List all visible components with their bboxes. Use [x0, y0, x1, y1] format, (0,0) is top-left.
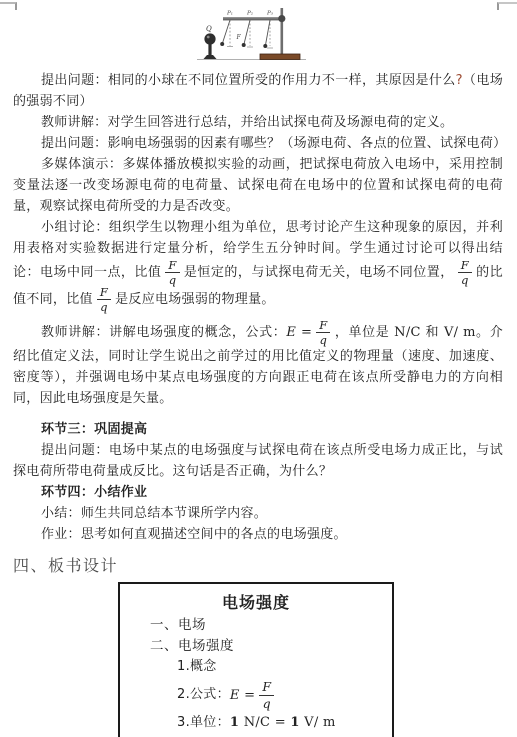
- fraction-F-over-q: Fq: [259, 680, 274, 709]
- lesson-plan-body: 提出问题：相同的小球在不同位置所受的作用力不一样，其原因是什么?（电场的强弱不同…: [13, 70, 503, 737]
- p1-text: 提出问题：相同的小球在不同位置所受的作用力不一样，其原因是什么: [41, 73, 456, 88]
- board-item-2: 二、电场强度: [150, 636, 392, 657]
- fraction-denominator: q: [165, 273, 179, 286]
- board-item-1: 一、电场: [150, 615, 392, 636]
- p5-seg2: 是恒定的，与试探电荷无关，电场不同位置，: [184, 265, 454, 280]
- board-sub-unit: 3.单位：1 N/C = 1 V/ m: [177, 713, 392, 733]
- ball-stand-stem: [208, 44, 211, 55]
- p6-seg2: ，单位是: [334, 325, 394, 340]
- pendulum-1-ball: [220, 42, 224, 46]
- pendulum-2-label: P₂: [246, 11, 253, 17]
- pendulum-1-label: P₁: [226, 11, 233, 17]
- pendulum-3-ball: [263, 44, 267, 48]
- pendulum-experiment-illustration: Q P₁ F P₂ P₃: [194, 3, 312, 63]
- p6-seg1: 教师讲解：讲解电场强度的概念，公式：: [41, 325, 286, 340]
- fraction-denominator: q: [97, 300, 111, 313]
- paragraph-summary: 小结：师生共同总结本节课所学内容。: [13, 503, 503, 524]
- board-formula-label: 2.公式：: [177, 688, 230, 703]
- formula-E: E: [286, 325, 296, 340]
- ball-highlight: [207, 36, 210, 39]
- document-page: Q P₁ F P₂ P₃ 提出问题：相: [0, 0, 517, 737]
- pendulum-3-string: [266, 20, 271, 45]
- source-charge-label: Q: [206, 25, 212, 33]
- fraction-numerator: F: [259, 680, 274, 695]
- board-sub-formula: 2.公式：E =Fq: [177, 680, 392, 709]
- p6-seg3: 和: [421, 325, 444, 340]
- pendulum-3-label: P₃: [266, 11, 273, 17]
- fraction-numerator: F: [97, 286, 111, 300]
- fraction-numerator: F: [316, 319, 330, 333]
- paragraph-question-2: 提出问题：影响电场强弱的因素有哪些？（场源电荷、各点的位置、试探电荷）: [13, 133, 503, 154]
- fraction-F-over-q: Fq: [97, 286, 111, 313]
- blackboard-design-box: 电场强度 一、电场 二、电场强度 1.概念 2.公式：E =Fq 3.单位：1 …: [118, 582, 394, 737]
- fraction-F-over-q: Fq: [165, 259, 179, 286]
- pendulum-2-string: [244, 20, 250, 44]
- formula-E: E: [230, 688, 240, 703]
- experiment-figure: Q P₁ F P₂ P₃: [194, 3, 312, 67]
- wooden-base: [260, 54, 300, 60]
- clamp: [278, 15, 285, 22]
- formula-E-equals-F-over-q: E =Fq: [286, 325, 334, 340]
- formula-E-equals-F-over-q: E =Fq: [230, 688, 278, 703]
- unit-nc-equals: N/C =: [239, 715, 290, 730]
- paragraph-multimedia-demo: 多媒体演示：多媒体播放模拟实验的动画，把试探电荷放入电场中，采用控制变量法逐一改…: [13, 154, 503, 217]
- p5-seg4: 是反应电场强弱的物理量。: [115, 292, 275, 307]
- formula-equals: =: [301, 325, 312, 340]
- charged-ball: [204, 33, 215, 44]
- formula-equals: =: [244, 688, 255, 703]
- fraction-numerator: F: [458, 259, 472, 273]
- scan-corner-mark-right: [497, 2, 517, 10]
- unit-vm: V/ m: [300, 715, 336, 730]
- scan-corner-mark-left: [0, 2, 17, 10]
- section-heading-board-design: 四、板书设计: [13, 554, 503, 578]
- fraction-denominator: q: [316, 333, 330, 346]
- ball-stand-base: [204, 55, 217, 59]
- unit-NC: N/C: [394, 325, 421, 340]
- board-sub-concept: 1.概念: [177, 657, 392, 677]
- fraction-denominator: q: [259, 696, 274, 710]
- paragraph-homework: 作业：思考如何直观描述空间中的各点的电场强度。: [13, 524, 503, 545]
- fraction-F-over-q: Fq: [316, 319, 330, 346]
- pendulum-1-string: [223, 20, 231, 43]
- paragraph-question-1: 提出问题：相同的小球在不同位置所受的作用力不一样，其原因是什么?（电场的强弱不同…: [13, 70, 503, 112]
- unit-Vm: V/ m: [444, 325, 476, 340]
- paragraph-group-discussion: 小组讨论：组织学生以物理小组为单位，思考讨论产生这种现象的原因，并利用表格对实验…: [13, 217, 503, 313]
- fraction-numerator: F: [165, 259, 179, 273]
- pendulum-2-ball: [242, 43, 246, 47]
- fraction-denominator: q: [458, 273, 472, 286]
- stage-heading-4: 环节四：小结作业: [13, 482, 503, 503]
- paragraph-teacher-explain-1: 教师讲解：对学生回答进行总结，并给出试探电荷及场源电荷的定义。: [13, 112, 503, 133]
- paragraph-teacher-explain-2: 教师讲解：讲解电场强度的概念，公式：E =Fq，单位是 N/C 和 V/ m。介…: [13, 319, 503, 409]
- p1-question-mark: ?: [456, 73, 463, 88]
- paragraph-question-3: 提出问题：电场中某点的电场强度与试探电荷在该点所受电场力成正比，与试探电荷所带电…: [13, 440, 503, 482]
- board-unit-label: 3.单位：: [177, 715, 230, 730]
- force-label: F: [236, 34, 242, 41]
- stage-heading-3: 环节三：巩固提高: [13, 419, 503, 440]
- fraction-F-over-q: Fq: [458, 259, 472, 286]
- unit-one-a: 1: [230, 715, 239, 730]
- board-title: 电场强度: [120, 590, 392, 615]
- unit-one-b: 1: [290, 715, 299, 730]
- horizontal-bar: [223, 17, 284, 20]
